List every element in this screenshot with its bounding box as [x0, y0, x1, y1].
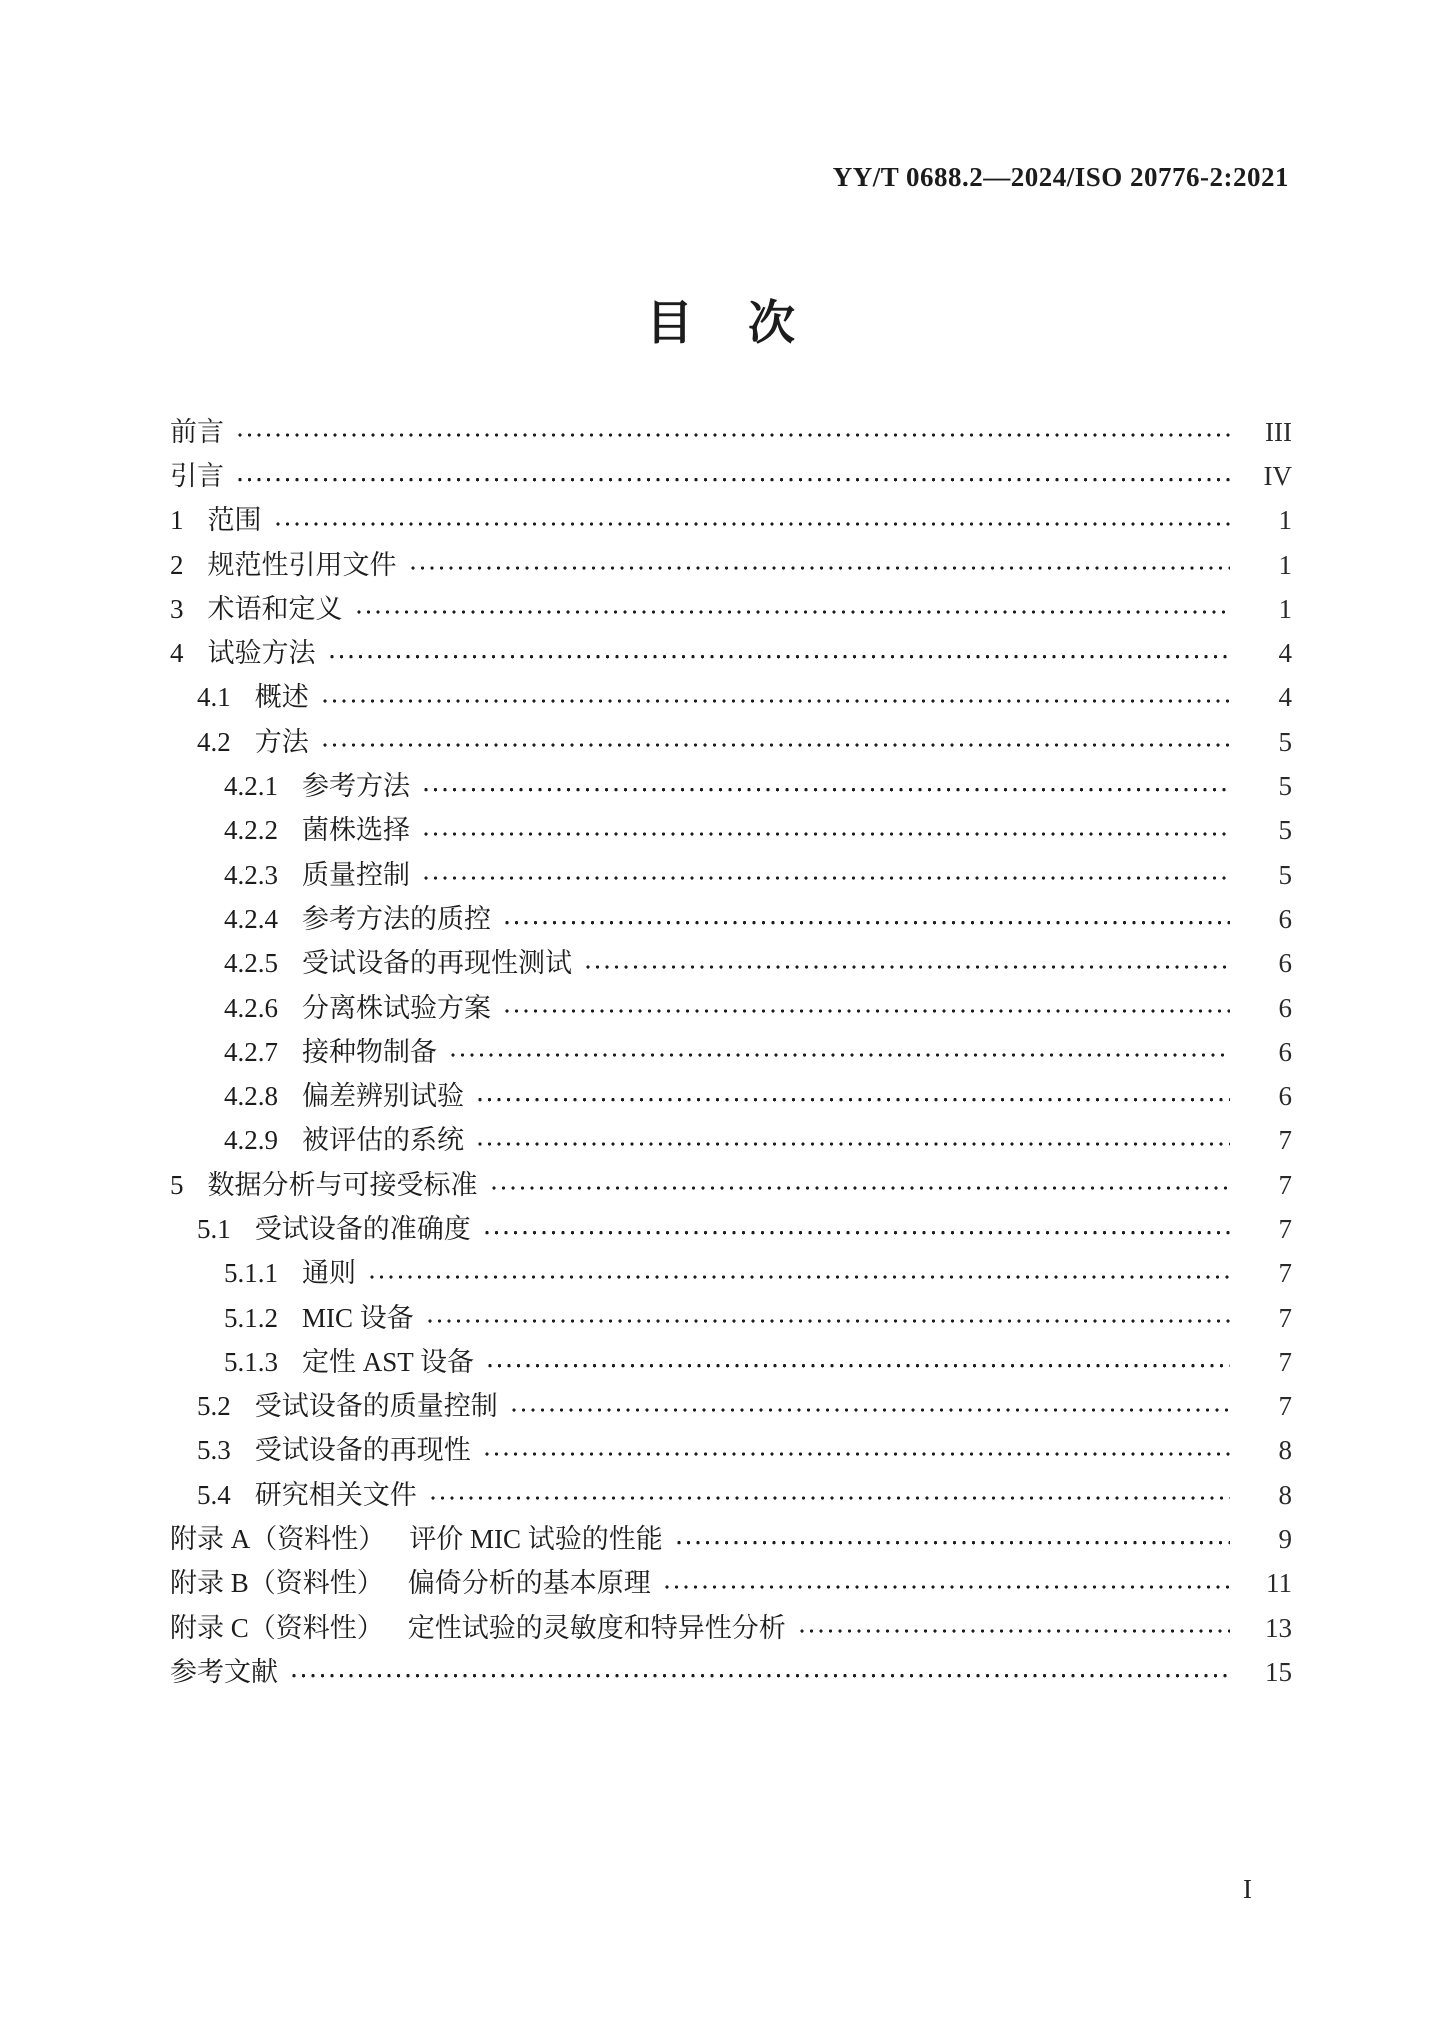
toc-entry-page-number: 6 [1240, 995, 1292, 1022]
toc-entry: 4.2.2 菌株选择 5 [170, 809, 1292, 853]
toc-entry-number: 5.1.3 [224, 1349, 278, 1376]
dot-leader [798, 1606, 1230, 1650]
toc-entry: 5.1.2 MIC 设备 7 [170, 1296, 1292, 1340]
toc-entry: 4.2.1 参考方法 5 [170, 764, 1292, 808]
toc-entry-label: 术语和定义 [208, 596, 343, 623]
toc-entry-label: 概述 [255, 684, 309, 711]
toc-entry-number: 4.2.7 [224, 1039, 278, 1066]
toc-entry: 4.2.5 受试设备的再现性测试 6 [170, 942, 1292, 986]
toc-entry-page-number: 6 [1240, 906, 1292, 933]
dot-leader [422, 853, 1230, 897]
toc-entry-page-number: 8 [1240, 1437, 1292, 1464]
toc-entry-number: 5.2 [197, 1393, 231, 1420]
toc-entry-label: 试验方法 [208, 640, 316, 667]
toc-entry-number: 4.1 [197, 684, 231, 711]
standard-number-header: YY/T 0688.2—2024/ISO 20776-2:2021 [833, 162, 1289, 193]
toc-entry: 4.2.3 质量控制 5 [170, 853, 1292, 897]
dot-leader [675, 1517, 1230, 1561]
toc-entry-label: 评价 MIC 试验的性能 [409, 1526, 663, 1553]
toc-entry-label: 受试设备的准确度 [255, 1216, 471, 1243]
dot-leader [368, 1252, 1230, 1296]
toc-entry-label: 前言 [170, 419, 224, 446]
dot-leader [483, 1429, 1230, 1473]
toc-entry: 5.1 受试设备的准确度 7 [170, 1207, 1292, 1251]
toc-entry-number: 4 [170, 640, 184, 667]
toc-entry-number: 4.2.8 [224, 1083, 278, 1110]
toc-entry: 5.1.3 定性 AST 设备 7 [170, 1340, 1292, 1384]
toc-entry-number: 5 [170, 1172, 184, 1199]
toc-entry-label: 偏倚分析的基本原理 [408, 1570, 651, 1597]
dot-leader [503, 986, 1230, 1030]
dot-leader [422, 809, 1230, 853]
toc-entry-number: 附录 C（资料性） [170, 1615, 384, 1642]
toc-entry: 5.4 研究相关文件 8 [170, 1473, 1292, 1517]
toc-entry-label: MIC 设备 [302, 1305, 414, 1332]
toc-entry: 前言 III [170, 410, 1292, 454]
dot-leader [328, 631, 1231, 675]
toc-entry-label: 质量控制 [302, 862, 410, 889]
dot-leader [321, 676, 1230, 720]
dot-leader [584, 942, 1230, 986]
toc-entry-number: 5.1.2 [224, 1305, 278, 1332]
toc-entry-page-number: 5 [1240, 817, 1292, 844]
toc-entry: 4.2.4 参考方法的质控 6 [170, 897, 1292, 941]
folio-page-number: I [1243, 1874, 1252, 1905]
toc-entry-page-number: 4 [1240, 684, 1292, 711]
toc-entry: 1 范围 1 [170, 499, 1292, 543]
dot-leader [483, 1207, 1230, 1251]
toc-entry-page-number: 11 [1240, 1570, 1292, 1597]
toc-entry-page-number: 7 [1240, 1216, 1292, 1243]
toc-entry: 引言 IV [170, 454, 1292, 498]
toc-entry-page-number: 1 [1240, 507, 1292, 534]
toc-entry-page-number: IV [1240, 463, 1292, 490]
toc-entry-page-number: 7 [1240, 1172, 1292, 1199]
toc-entry-label: 研究相关文件 [255, 1482, 417, 1509]
toc-entry: 附录 A（资料性） 评价 MIC 试验的性能 9 [170, 1517, 1292, 1561]
toc-entry-page-number: 5 [1240, 729, 1292, 756]
toc-entry-page-number: 7 [1240, 1127, 1292, 1154]
toc-entry: 4.2.8 偏差辨别试验 6 [170, 1074, 1292, 1118]
toc-entry-number: 5.3 [197, 1437, 231, 1464]
toc-entry-page-number: 1 [1240, 552, 1292, 579]
toc-entry-number: 4.2.4 [224, 906, 278, 933]
toc-entry: 4.2.9 被评估的系统 7 [170, 1119, 1292, 1163]
toc-entry-number: 4.2.1 [224, 773, 278, 800]
toc-entry-label: 数据分析与可接受标准 [208, 1172, 478, 1199]
toc-entry-label: 范围 [208, 507, 262, 534]
toc-entry: 4.2 方法 5 [170, 720, 1292, 764]
dot-leader [490, 1163, 1231, 1207]
toc-entry-page-number: 7 [1240, 1260, 1292, 1287]
toc-entry-page-number: 6 [1240, 950, 1292, 977]
toc-entry-number: 2 [170, 552, 184, 579]
toc-entry-label: 方法 [255, 729, 309, 756]
toc-entry-page-number: 1 [1240, 596, 1292, 623]
toc-entry-page-number: 8 [1240, 1482, 1292, 1509]
toc-entry-number: 5.4 [197, 1482, 231, 1509]
toc-entry-number: 4.2.5 [224, 950, 278, 977]
toc-entry-number: 4.2 [197, 729, 231, 756]
toc-entry: 附录 C（资料性） 定性试验的灵敏度和特异性分析 13 [170, 1606, 1292, 1650]
toc-entry-label: 被评估的系统 [302, 1127, 464, 1154]
toc-entry-page-number: 5 [1240, 862, 1292, 889]
toc-entry-label: 偏差辨别试验 [302, 1083, 464, 1110]
toc-entry: 5.2 受试设备的质量控制 7 [170, 1385, 1292, 1429]
toc-entry-number: 4.2.2 [224, 817, 278, 844]
toc-entry-page-number: 9 [1240, 1526, 1292, 1553]
toc-entry-label: 参考方法 [302, 773, 410, 800]
toc-entry: 4.2.6 分离株试验方案 6 [170, 986, 1292, 1030]
table-of-contents: 前言 III 引言 IV 1 范围 1 2 规范性引用文件 1 3 术语和定义 … [170, 410, 1292, 1695]
toc-entry-label: 受试设备的再现性 [255, 1437, 471, 1464]
toc-entry-page-number: 6 [1240, 1039, 1292, 1066]
dot-leader [486, 1340, 1230, 1384]
toc-entry-page-number: 7 [1240, 1349, 1292, 1376]
toc-entry-label: 参考方法的质控 [302, 906, 491, 933]
toc-entry-page-number: III [1240, 419, 1292, 446]
toc-entry-label: 受试设备的质量控制 [255, 1393, 498, 1420]
dot-leader [663, 1562, 1230, 1606]
toc-entry-label: 菌株选择 [302, 817, 410, 844]
toc-entry-page-number: 5 [1240, 773, 1292, 800]
toc-entry-label: 规范性引用文件 [208, 552, 397, 579]
toc-entry-number: 附录 B（资料性） [170, 1570, 384, 1597]
toc-entry-page-number: 7 [1240, 1393, 1292, 1420]
toc-entry-page-number: 4 [1240, 640, 1292, 667]
toc-entry-label: 定性 AST 设备 [302, 1349, 474, 1376]
dot-leader [476, 1074, 1230, 1118]
dot-leader [274, 499, 1231, 543]
toc-entry-label: 引言 [170, 463, 224, 490]
toc-entry-label: 接种物制备 [302, 1039, 437, 1066]
toc-entry-number: 4.2.3 [224, 862, 278, 889]
toc-entry: 附录 B（资料性） 偏倚分析的基本原理 11 [170, 1562, 1292, 1606]
toc-entry: 4.1 概述 4 [170, 676, 1292, 720]
toc-entry-page-number: 6 [1240, 1083, 1292, 1110]
toc-entry: 5.3 受试设备的再现性 8 [170, 1429, 1292, 1473]
toc-entry-number: 4.2.9 [224, 1127, 278, 1154]
dot-leader [355, 587, 1231, 631]
toc-entry-number: 4.2.6 [224, 995, 278, 1022]
toc-entry-number: 1 [170, 507, 184, 534]
page-title: 目 次 [0, 286, 1445, 353]
toc-entry-page-number: 15 [1240, 1659, 1292, 1686]
toc-entry-label: 定性试验的灵敏度和特异性分析 [408, 1615, 786, 1642]
toc-entry-label: 参考文献 [170, 1659, 278, 1686]
toc-entry: 4.2.7 接种物制备 6 [170, 1030, 1292, 1074]
dot-leader [422, 764, 1230, 808]
toc-entry: 5.1.1 通则 7 [170, 1252, 1292, 1296]
toc-entry-label: 分离株试验方案 [302, 995, 491, 1022]
dot-leader [429, 1473, 1230, 1517]
toc-entry: 参考文献 15 [170, 1650, 1292, 1694]
dot-leader [236, 454, 1230, 498]
toc-entry: 5 数据分析与可接受标准 7 [170, 1163, 1292, 1207]
toc-entry: 2 规范性引用文件 1 [170, 543, 1292, 587]
dot-leader [236, 410, 1230, 454]
dot-leader [426, 1296, 1230, 1340]
toc-entry-label: 通则 [302, 1260, 356, 1287]
dot-leader [476, 1119, 1230, 1163]
toc-entry: 4 试验方法 4 [170, 631, 1292, 675]
toc-entry-number: 附录 A（资料性） [170, 1526, 385, 1553]
document-page: YY/T 0688.2—2024/ISO 20776-2:2021 目 次 前言… [0, 0, 1445, 2044]
toc-entry-label: 受试设备的再现性测试 [302, 950, 572, 977]
toc-entry-number: 3 [170, 596, 184, 623]
toc-entry-number: 5.1.1 [224, 1260, 278, 1287]
toc-entry-page-number: 7 [1240, 1305, 1292, 1332]
dot-leader [321, 720, 1230, 764]
dot-leader [510, 1385, 1230, 1429]
toc-entry: 3 术语和定义 1 [170, 587, 1292, 631]
dot-leader [503, 897, 1230, 941]
dot-leader [449, 1030, 1230, 1074]
toc-entry-page-number: 13 [1240, 1615, 1292, 1642]
dot-leader [290, 1650, 1230, 1694]
dot-leader [409, 543, 1231, 587]
toc-entry-number: 5.1 [197, 1216, 231, 1243]
